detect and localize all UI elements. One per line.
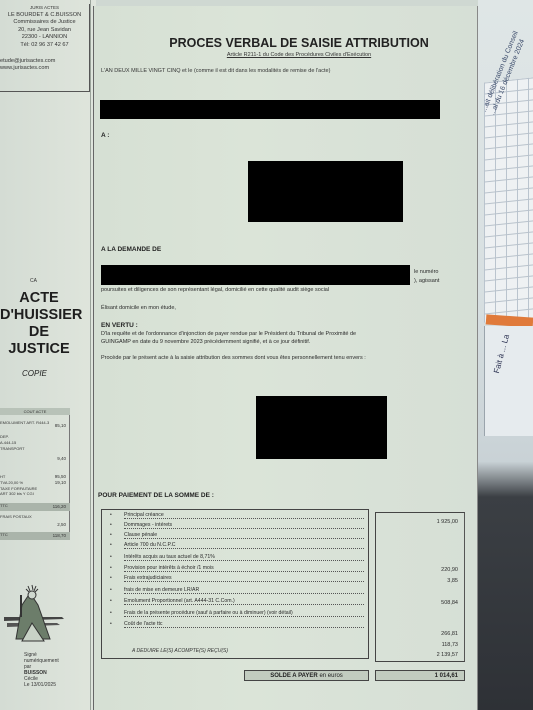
- cost-row: FRAIS POSTAUX2,50: [0, 514, 70, 519]
- ca-label: CA: [30, 278, 37, 284]
- firm-role: Commissaires de Justice: [0, 19, 89, 27]
- amount-value: 1 925,00: [437, 519, 458, 525]
- justice-logo-icon: [2, 583, 72, 645]
- cost-row-total: TTC116,20: [0, 503, 70, 511]
- firm-website: www.jurisactes.com: [0, 65, 89, 73]
- cost-row: TRANSPORT9,40: [0, 446, 70, 451]
- domicile-text: Élisant domicile en mon étude,: [101, 304, 176, 312]
- demande-text: ), agissant: [414, 277, 439, 285]
- cost-table: COUT ACTE EMOLUMENT ART. R444-385,10 DEP…: [0, 408, 70, 540]
- vertu-text: GUINGAMP en date du 9 novembre 2023 préc…: [101, 338, 310, 346]
- demande-label: A LA DEMANDE DE: [101, 246, 161, 254]
- line-item: •Emolument Proportionnel (art. A444-31 C…: [102, 596, 370, 606]
- cover-page: JURIS ACTES LE BOURDET & C.BUISSON Commi…: [0, 0, 96, 710]
- firm-email: etude@jurisactes.com: [0, 58, 89, 66]
- demande-text: le numéro: [414, 268, 438, 276]
- solde-value: 1 014,61: [375, 670, 465, 681]
- firm-phone: Tél: 02 96 37 42 67: [0, 42, 89, 50]
- redaction-block: [248, 161, 403, 222]
- line-item: •Dommages - intérets: [102, 520, 370, 530]
- line-item: •frais de mise en demeure LR/AR: [102, 585, 370, 595]
- redaction-block: [100, 100, 440, 119]
- solde-label: SOLDE A PAYER en euros: [244, 670, 369, 681]
- deduct-label: A DEDUIRE LE(S) ACOMPTE(S) REÇU(S): [132, 648, 228, 654]
- cost-table-header: COUT ACTE: [0, 408, 70, 415]
- redaction-block: [101, 265, 410, 285]
- copie-label: COPIE: [22, 369, 47, 378]
- cost-row-total: TTC118,70: [0, 532, 70, 540]
- acte-title-line: JUSTICE: [0, 341, 78, 358]
- cost-row: TVA 20,00 %19,10: [0, 480, 70, 485]
- line-item: •Frais de la présente procédure (sauf à …: [102, 608, 370, 618]
- amounts-column: 1 925,00 220,90 3,85 508,84 266,81 118,7…: [375, 512, 465, 662]
- document-subtitle: Article R211-1 du Code des Procédures Ci…: [154, 52, 444, 58]
- amount-value: 3,85: [447, 578, 458, 584]
- firm-address: 20, rue Jean Savidan: [0, 27, 89, 35]
- line-item: •Provision pour intérêts à échoir /1 moi…: [102, 563, 370, 573]
- vertu-label: EN VERTU :: [101, 322, 138, 330]
- document-page: PROCES VERBAL DE SAISIE ATTRIBUTION Arti…: [93, 6, 478, 710]
- amount-value: 118,73: [442, 642, 458, 648]
- firm-city: 22300 - LANNION: [0, 34, 89, 42]
- date-line: L'AN DEUX MILLE VINGT CINQ et le (comme …: [101, 68, 330, 74]
- firm-box: JURIS ACTES LE BOURDET & C.BUISSON Commi…: [0, 4, 90, 92]
- sum-label: POUR PAIEMENT DE LA SOMME DE :: [98, 492, 214, 500]
- line-item: •Article 700 du N.C.P.C: [102, 540, 370, 550]
- line-item: •Coût de l'acte ttc: [102, 619, 370, 629]
- amount-value: 266,81: [441, 631, 458, 637]
- items-list: •Principal créance •Dommages - intérets …: [101, 509, 369, 659]
- subtotal-value: 2 139,57: [437, 652, 458, 658]
- vertu-text: D'la requête et de l'ordonnance d'injonc…: [101, 330, 356, 338]
- document-title: PROCES VERBAL DE SAISIE ATTRIBUTION: [154, 36, 444, 50]
- line-item: •Principal créance: [102, 510, 370, 520]
- recipient-label: A :: [101, 132, 109, 140]
- cost-row: HT95,50: [0, 474, 70, 479]
- procede-text: Procède par le présent acte à la saisie …: [101, 354, 366, 362]
- demande-text: poursuites et diligences de son représen…: [101, 286, 329, 294]
- amount-value: 220,90: [441, 567, 458, 573]
- line-item: •Clause pénale: [102, 530, 370, 540]
- page-divider: [90, 0, 91, 710]
- acte-title-line: DE: [0, 324, 78, 341]
- cost-row: ART 302 bis Y CGI: [0, 491, 70, 496]
- acte-title-line: ACTE: [0, 290, 78, 307]
- cost-row: EMOLUMENT ART. R444-385,10: [0, 420, 70, 425]
- acte-title: ACTE D'HUISSIER DE JUSTICE: [0, 290, 78, 358]
- firm-header: JURIS ACTES: [0, 4, 89, 12]
- firm-name: LE BOURDET & C.BUISSON: [0, 12, 89, 20]
- line-item: •Intérêts acquis au taux actuel de 8,71%: [102, 552, 370, 562]
- signature-block: Signé numériquement par BUISSON Cécile L…: [24, 652, 59, 688]
- amount-value: 508,84: [441, 600, 458, 606]
- redaction-block: [256, 396, 387, 459]
- line-item: •Frais extrajudiciaires: [102, 573, 370, 583]
- cost-row: DEP.: [0, 434, 70, 439]
- acte-title-line: D'HUISSIER: [0, 307, 78, 324]
- cost-row: A.444-15: [0, 440, 70, 445]
